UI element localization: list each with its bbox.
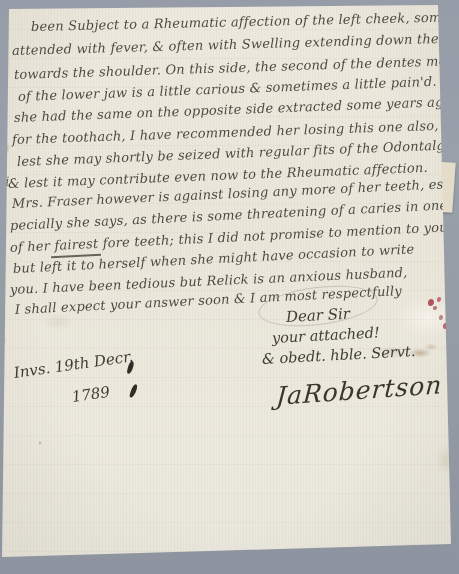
seal-dot [428,299,434,306]
letter-paper: t L s ti ' been Subject to a Rheumatic a… [0,0,459,574]
seal-dot [433,306,437,310]
margin-fragment: L [0,42,9,55]
seal-dot [446,330,449,334]
closing-obedient: & obedt. hble. Servt. [262,345,416,368]
seal-wax-residue [420,292,454,340]
margin-fragment: ' [1,281,5,294]
seal-dot [443,323,448,329]
seal-dot [437,297,441,302]
dateline-year: 1789 [71,385,111,405]
closing-attached: your attached! [272,326,381,346]
margin-fragment: s [0,108,7,121]
seal-dot [439,315,443,320]
letter-photo: t L s ti ' been Subject to a Rheumatic a… [0,0,459,574]
ink-blot [129,384,138,399]
closing-salutation: Dear Sir [286,307,351,325]
dateline-place: Invs. 19th Decr. [13,349,134,381]
margin-fragment: t [2,14,7,27]
signature: JaRobertson [275,372,443,409]
